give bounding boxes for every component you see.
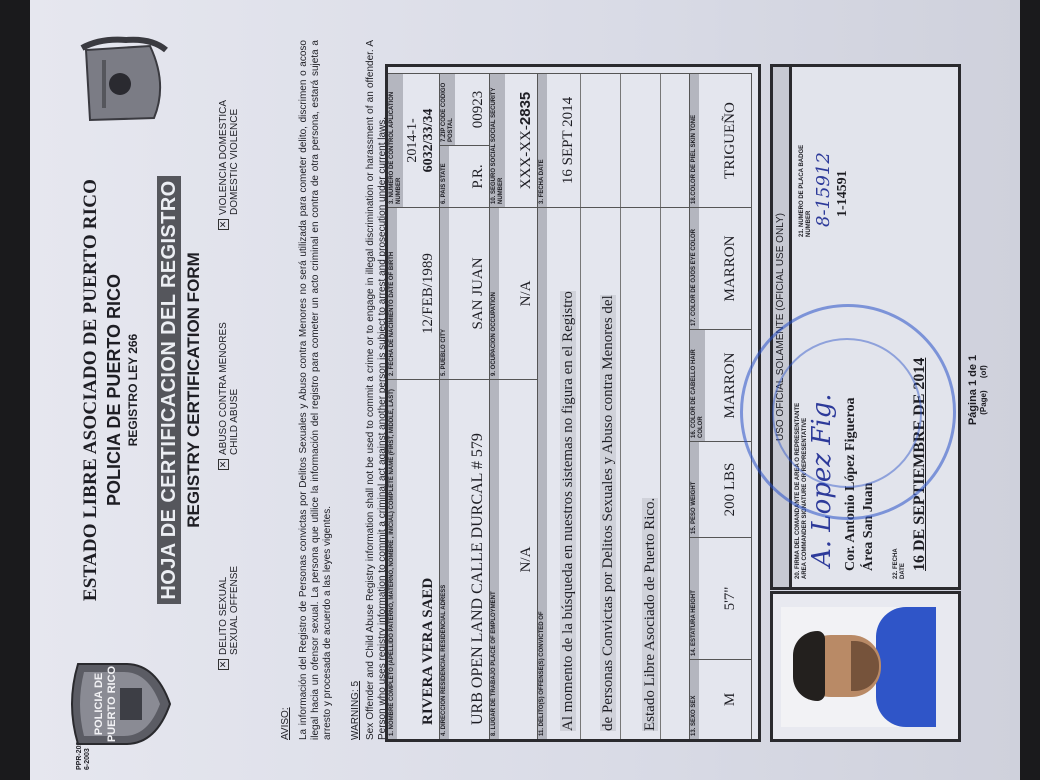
- field-value: 12/FEB/1989: [420, 208, 437, 379]
- field-weight: 15. PESO WEIGHT 200 LBS: [690, 441, 752, 537]
- field-name: 1. NOMBRE COMPLETO (Apellido Paterno, Ma…: [388, 379, 440, 739]
- field-value: MARRON: [722, 330, 739, 441]
- field-state: 6. PAIS STATE P.R.: [440, 145, 490, 207]
- field-control-number: 3. NUMERO DE CONTROL APLICATION NUMBER 2…: [388, 73, 440, 207]
- field-value: 200 LBS: [722, 442, 739, 537]
- field-label: 4. DIRECCION RESIDENCIAL RESIDENCIAL ADR…: [440, 380, 449, 739]
- category-sexual-offense[interactable]: ✕DELITO SEXUALSEXUAL OFFENSE: [218, 566, 240, 670]
- field-value-line2: 6032/33/34: [421, 74, 437, 207]
- ssn-masked-prefix: XXX-XX-: [518, 125, 534, 189]
- field-value: 16 SEPT 2014: [560, 74, 577, 207]
- category-label-es: DELITO SEXUAL: [218, 577, 229, 655]
- page-number: Página 1 de 1 (Page) (of): [968, 10, 989, 770]
- badge-number: 1-14591: [835, 170, 851, 217]
- field-value: N/A: [518, 380, 535, 739]
- field-label: 18.COLOR DE PIEL SKIN TONE: [690, 74, 699, 207]
- category-label-en: SEXUAL OFFENSE: [229, 566, 240, 655]
- registrant-table: 1. NOMBRE COMPLETO (Apellido Paterno, Ma…: [385, 64, 761, 742]
- field-label: 15. PESO WEIGHT: [690, 442, 699, 537]
- aviso-text: La información del Registro de Personas …: [298, 40, 334, 740]
- header-government: ESTADO LIBRE ASOCIADO DE PUERTO RICO: [80, 10, 102, 770]
- field-label: 17. COLOR DE OJOS EYE COLOR: [690, 208, 699, 329]
- registrant-photo: [781, 607, 936, 727]
- field-label: 7.ZIP CODE CODIGO POSTAL: [440, 74, 455, 145]
- checkbox-checked-icon[interactable]: ✕: [218, 459, 229, 470]
- page-number-en-page: (Page): [979, 390, 988, 414]
- field-label: 6. PAIS STATE: [440, 146, 449, 207]
- field-value: TRIGUEÑO: [722, 74, 739, 207]
- field-label: 16. COLOR DE CABELLO HAIR COLOR: [690, 330, 705, 441]
- badge-label: 21. NUMERO DE PLACA BADGE NUMBER: [799, 117, 812, 237]
- field-label: 10. SEGURO SOCIAL SOCIAL SECURITY NUMBER: [490, 74, 505, 207]
- official-stamp-inner: [772, 338, 922, 488]
- category-label-es: ABUSO CONTRA MENORES: [218, 322, 229, 455]
- field-employment: 8. LUGAR DE TRABAJO PLACE OF EMPLOYMENT …: [490, 379, 538, 739]
- category-child-abuse[interactable]: ✕ABUSO CONTRA MENORESCHILD ABUSE: [218, 322, 240, 470]
- category-label-en: DOMESTIC VIOLENCE: [229, 109, 240, 215]
- field-offenses: 11. DELITO(S) OFFENSE(S) CONVICTED OF Al…: [538, 207, 690, 739]
- official-date-label: 22. FECHA DATE: [893, 539, 906, 579]
- field-value: 00923: [470, 74, 487, 145]
- field-date: 3. FECHA DATE 16 SEPT 2014: [538, 73, 690, 207]
- field-label: 9. OCUPACION OCCUPATION: [490, 208, 499, 379]
- ssn-last-four: 2835: [517, 92, 534, 125]
- field-value: RIVERA VERA SAED: [420, 380, 437, 739]
- field-dob: 2. FECHA DE NACIMIENTO DATE OF BIRTH 12/…: [388, 207, 440, 379]
- warning-heading: WARNING: 5: [350, 681, 361, 740]
- offense-line: Estado Libre Asociado de Puerto Rico.: [642, 498, 658, 731]
- field-label: 3. NUMERO DE CONTROL APLICATION NUMBER: [388, 74, 403, 207]
- field-skin-tone: 18.COLOR DE PIEL SKIN TONE TRIGUEÑO: [690, 73, 752, 207]
- form-title-es: HOJA DE CERTIFICACION DEL REGISTRO: [158, 10, 181, 770]
- field-value: XXX-XX-2835: [517, 74, 535, 207]
- field-label: 11. DELITO(S) OFFENSE(S) CONVICTED OF: [538, 208, 547, 739]
- field-label: 1. NOMBRE COMPLETO (Apellido Paterno, Ma…: [388, 380, 397, 739]
- category-label-es: VIOLENCIA DOMESTICA: [218, 100, 229, 215]
- field-label: 14. ESTATURA HEIGHT: [690, 538, 699, 659]
- category-label-en: CHILD ABUSE: [229, 389, 240, 455]
- offense-line: Al momento de la búsqueda en nuestros si…: [560, 291, 576, 731]
- field-label: 3. FECHA DATE: [538, 74, 547, 207]
- field-value: 5'7": [722, 538, 739, 659]
- registry-certification-form: PPR-202 6-2003 POLICIA DE PUERTO RICO ES…: [40, 10, 1000, 770]
- field-eye-color: 17. COLOR DE OJOS EYE COLOR MARRON: [690, 207, 752, 329]
- field-value: M: [722, 660, 739, 739]
- field-label: 2. FECHA DE NACIMIENTO DATE OF BIRTH: [388, 208, 397, 379]
- field-value: MARRON: [722, 208, 739, 329]
- field-label: 5. PUEBLO CITY: [440, 208, 449, 379]
- field-value: SAN JUAN: [470, 208, 487, 379]
- page-number-en-of: (of): [979, 365, 988, 378]
- field-value: URB OPEN LAND CALLE DURCAL # 579: [469, 380, 487, 739]
- field-value: N/A: [518, 208, 535, 379]
- field-sex: 13. SEXO SEX M: [690, 659, 752, 739]
- checkbox-checked-icon[interactable]: ✕: [218, 659, 229, 670]
- field-zip: 7.ZIP CODE CODIGO POSTAL 00923: [440, 73, 490, 145]
- field-city: 5. PUEBLO CITY SAN JUAN: [440, 207, 490, 379]
- checkbox-checked-icon[interactable]: ✕: [218, 219, 229, 230]
- field-value: P.R.: [470, 146, 487, 207]
- field-ssn: 10. SEGURO SOCIAL SOCIAL SECURITY NUMBER…: [490, 73, 538, 207]
- badge-handwritten: 8-15912: [813, 152, 834, 227]
- field-label: 8. LUGAR DE TRABAJO PLACE OF EMPLOYMENT: [490, 380, 499, 739]
- aviso-heading: AVISO:: [280, 707, 291, 740]
- field-value-line1: 2014-1-: [405, 74, 421, 207]
- offense-line: de Personas Convictas por Delitos Sexual…: [600, 295, 616, 731]
- category-domestic-violence[interactable]: ✕VIOLENCIA DOMESTICADOMESTIC VIOLENCE: [218, 100, 240, 230]
- field-occupation: 9. OCUPACION OCCUPATION N/A: [490, 207, 538, 379]
- photo-box: [770, 591, 961, 742]
- header-registry-law: REGISTRO LEY 266: [126, 10, 140, 770]
- header-agency: POLICIA DE PUERTO RICO: [104, 10, 125, 770]
- form-title-en: REGISTRY CERTIFICATION FORM: [184, 10, 204, 770]
- field-address: 4. DIRECCION RESIDENCIAL RESIDENCIAL ADR…: [440, 379, 490, 739]
- field-height: 14. ESTATURA HEIGHT 5'7": [690, 537, 752, 659]
- page-number-es: Página 1 de 1: [968, 10, 978, 770]
- form-title-es-text: HOJA DE CERTIFICACION DEL REGISTRO: [157, 176, 181, 603]
- field-label: 13. SEXO SEX: [690, 660, 699, 739]
